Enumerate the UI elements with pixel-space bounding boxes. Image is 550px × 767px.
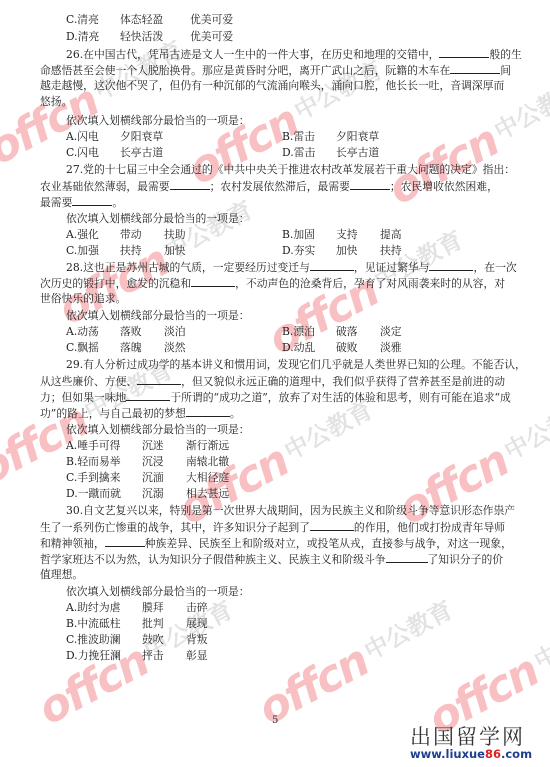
document-page: offcn中公教育 offcn中公教育 offcn中公教育 offcn中公教育 … [0, 0, 550, 767]
question-29-option-c: C.手到擒来沉湎大相径庭 [66, 470, 229, 487]
question-28-line-1: 28.这也正是苏州古城的气质，一定要经历过变迁与，见证过繁华与，在一次 [66, 259, 517, 277]
question-27-line-1: 27.党的十七届三中全会通过的《中共中央关于推进农村改革发展若干重大问题的决定》… [66, 162, 515, 179]
option-d: D.清亮轻快活泼优美可爱 [66, 29, 233, 46]
question-28-line-3: 世俗快乐的追求。 [40, 291, 126, 308]
question-26-option-c: C.闪电长亭古道 [66, 145, 163, 162]
question-28-instruction: 依次填入划横线部分最恰当的一项是： [66, 308, 250, 325]
question-30-line-5: 值理想。 [40, 567, 83, 584]
question-26-option-b: B.雷击夕阳衰草 [282, 129, 379, 146]
footer-brand-logo: 出国留学网 www.liuxue86.com [410, 726, 532, 761]
question-26-option-a: A.闪电夕阳衰草 [66, 129, 163, 146]
brand-name: 出国留学网 [410, 726, 532, 748]
question-26-line-2: 命感悟甚至会使一个人脱胎换骨。那应是黄昏时分吧，离开广武山之后，阮籍的木车在间 [40, 62, 511, 80]
page-number: 5 [272, 715, 278, 726]
question-28-option-b: B.漂泊破落淡定 [282, 324, 402, 341]
question-28-line-2: 次历史的锻打中，愈发的沉稳和，不动声色的沧桑背后，孕育了对风雨袭来时的从容，对 [40, 275, 505, 293]
question-29-line-3: 力；但如果一味地于所谓的“成功之道”，放弃了对生活的体验和思考，则有可能在追求“… [40, 389, 511, 407]
question-29-option-a: A.唾手可得沉迷渐行渐远 [66, 438, 229, 455]
question-27-option-d: D.夯实加快扶持 [282, 243, 402, 260]
question-29-option-d: D.一蹴而就沉溺相去甚远 [66, 486, 229, 503]
question-27-line-3: 最需要。 [40, 194, 123, 212]
question-30-line-2: 生了一系列伤亡惨重的战争，其中，许多知识分子起到了的作用，他们或打扮成青年导师 [40, 519, 505, 537]
question-30-option-d: D.力挽狂澜抨击彰显 [66, 648, 208, 665]
question-30-option-c: C.推波助澜鼓吹背叛 [66, 632, 208, 649]
watermark: offcn中公教育 [250, 589, 465, 735]
question-29-instruction: 依次填入划横线部分最恰当的一项是： [66, 422, 250, 439]
brand-url: www.liuxue86.com [410, 748, 532, 761]
question-27-line-2: 农业基础依然薄弱，最需要；农村发展依然滞后，最需要；农民增收依然困难， [40, 178, 498, 196]
question-29-option-b: B.轻而易举沉浸南辕北辙 [66, 454, 229, 471]
question-30-option-a: A.助纣为虐膜拜击碎 [66, 600, 208, 617]
option-c: C.清亮体态轻盈优美可爱 [66, 12, 233, 29]
question-27-option-c: C.加强扶持加快 [66, 243, 186, 260]
question-27-option-b: B.加固支持提高 [282, 227, 402, 244]
question-28-option-c: C.飘摇落魄淡然 [66, 340, 186, 357]
question-29-line-1: 29.有人分析过成功学的基本讲义和惯用词，发现它们几乎就是人类世界已知的公理。不… [66, 357, 526, 374]
question-30-option-b: B.中流砥柱批判展现 [66, 616, 208, 633]
question-30-line-1: 30.自文艺复兴以来，特别是第一次世界大战期间，因为民族主义和阶级斗争等意识形态… [66, 503, 515, 520]
question-29-line-4: 功”的路上，与自己最初的梦想。 [40, 405, 241, 423]
question-29-line-2: 从这些廉价、方便、，但又貌似永远正确的道理中，我们似乎获得了营养甚至是前进的动 [40, 373, 505, 391]
watermark: offcn中公教育 [420, 599, 550, 745]
question-28-option-d: D.动乱破败淡雅 [282, 340, 402, 357]
question-30-instruction: 依次填入划横线部分最恰当的一项是： [66, 584, 250, 601]
question-28-option-a: A.动荡落败淡泊 [66, 324, 186, 341]
question-26-option-d: D.雷击长亭古道 [282, 145, 379, 162]
question-26-line-4: 悠扬。 [40, 94, 72, 111]
question-30-line-3: 和精神领袖，种族差异、民族至上和阶级对立，或投笔从戎，直接参与战争，对这一现象， [40, 535, 512, 553]
question-27-instruction: 依次填入划横线部分最恰当的一项是： [66, 211, 250, 228]
question-26-line-1: 26.在中国古代，凭吊古迹是文人一生中的一件大事，在历史和地理的交错中，般的生 [66, 46, 522, 64]
question-27-option-a: A.强化带动扶助 [66, 227, 186, 244]
question-26-instruction: 依次填入划横线部分最恰当的一项是： [66, 113, 250, 130]
question-30-line-4: 哲学家班达不以为然，认为知识分子假借种族主义、民族主义和阶级斗争了知识分子的价 [40, 551, 503, 569]
question-26-line-3: 越走越慢，这次他不哭了，但仍有一种沉郁的气流涌向喉头，涌向口腔，他长长一吐，音调… [40, 78, 504, 95]
